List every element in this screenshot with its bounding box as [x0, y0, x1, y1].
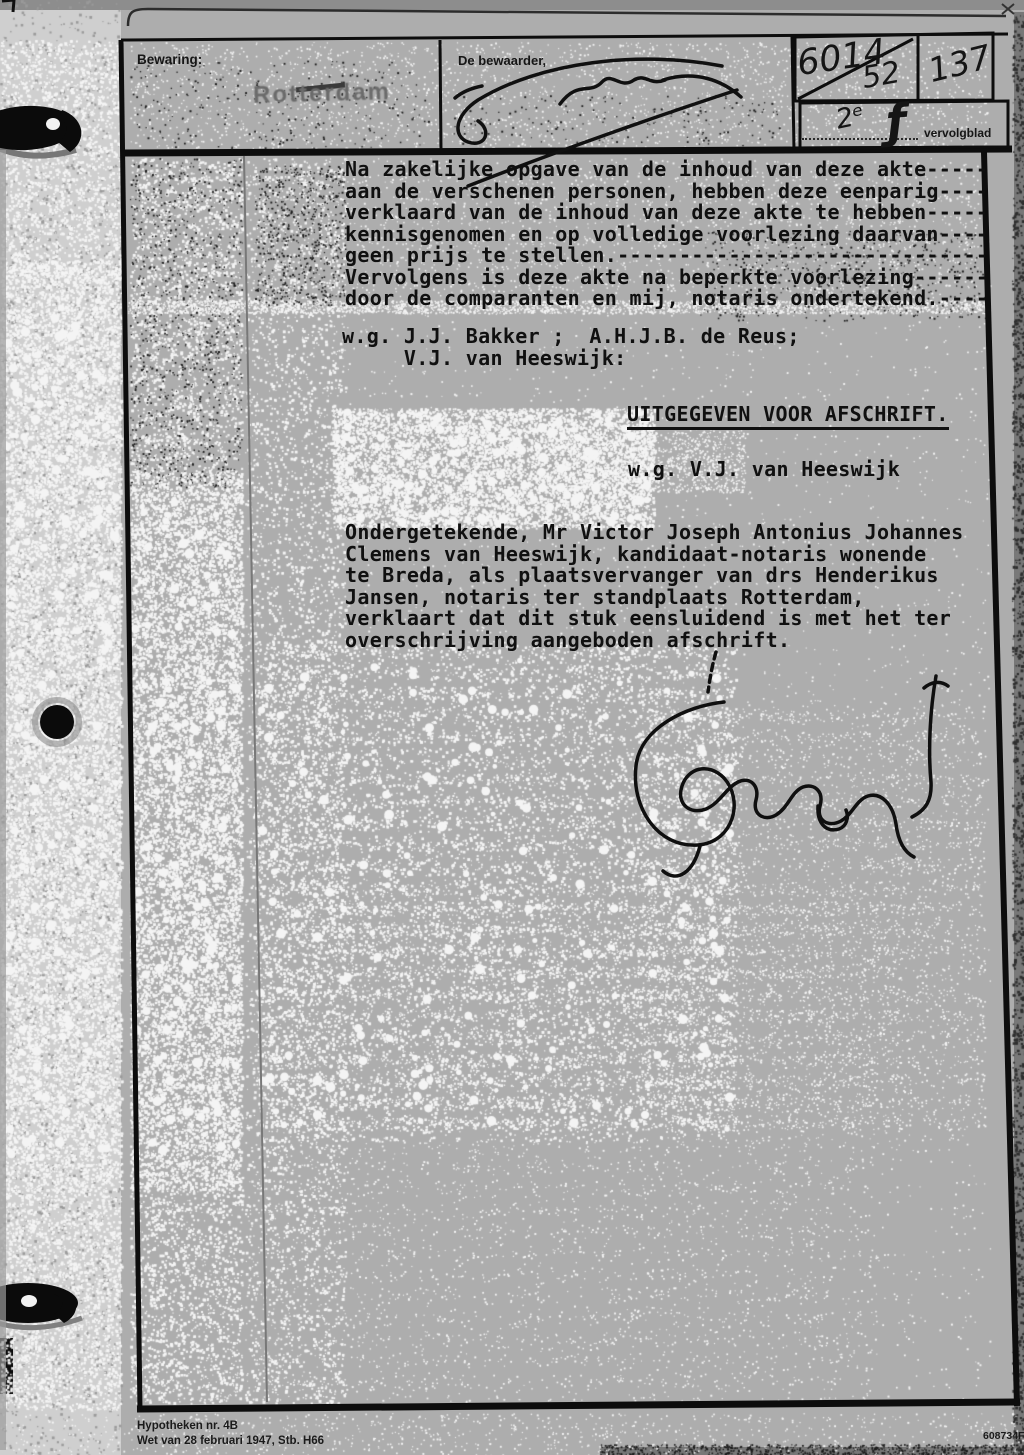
- afschrift-heading: UITGEGEVEN VOOR AFSCHRIFT.: [627, 404, 949, 430]
- declaration-paragraph: Ondergetekende, Mr Victor Joseph Antoniu…: [345, 522, 964, 651]
- frame-right-line: [984, 152, 1017, 1406]
- wg-heeswijk-line: w.g. V.J. van Heeswijk: [628, 459, 900, 481]
- frame-bottom-line: [137, 1402, 1020, 1409]
- header-divider-1: [440, 40, 441, 151]
- margin-rule-line: [244, 156, 267, 1402]
- doc-number-sub-handwritten: 52: [859, 55, 903, 96]
- paraaf-glyph: ƒ: [884, 93, 908, 148]
- sheet-edge-line: [128, 9, 1006, 26]
- signees-lines: w.g. J.J. Bakker ; A.H.J.B. de Reus; V.J…: [342, 326, 800, 369]
- binder-clamp-top: [0, 103, 81, 155]
- page-edge-shade: [0, 150, 6, 1450]
- rotterdam-stamp: Rotterdam: [253, 78, 392, 110]
- vervolg-note-handwritten: 2ᵉ: [833, 99, 867, 135]
- bewaarder-label: De bewaarder,: [458, 53, 546, 68]
- vervolgblad-label: vervolgblad: [924, 126, 991, 140]
- scanned-deed-page: Bewaring: Rotterdam De bewaarder, 6014 5…: [0, 0, 1024, 1455]
- bewaring-label: Bewaring:: [137, 52, 202, 67]
- form-reference: Hypotheken nr. 4B Wet van 28 februari 19…: [137, 1419, 324, 1448]
- corner-mark: [1002, 4, 1014, 14]
- binder-clamp-bottom: [0, 1283, 82, 1328]
- closing-paragraph: Na zakelijke opgave van de inhoud van de…: [345, 159, 988, 310]
- punch-hole-middle: [35, 700, 79, 744]
- notary-signature: [635, 652, 948, 876]
- corner-mark-left: [2, 0, 14, 12]
- frame-left-line: [121, 40, 140, 1411]
- print-code: 608734F: [983, 1429, 1024, 1444]
